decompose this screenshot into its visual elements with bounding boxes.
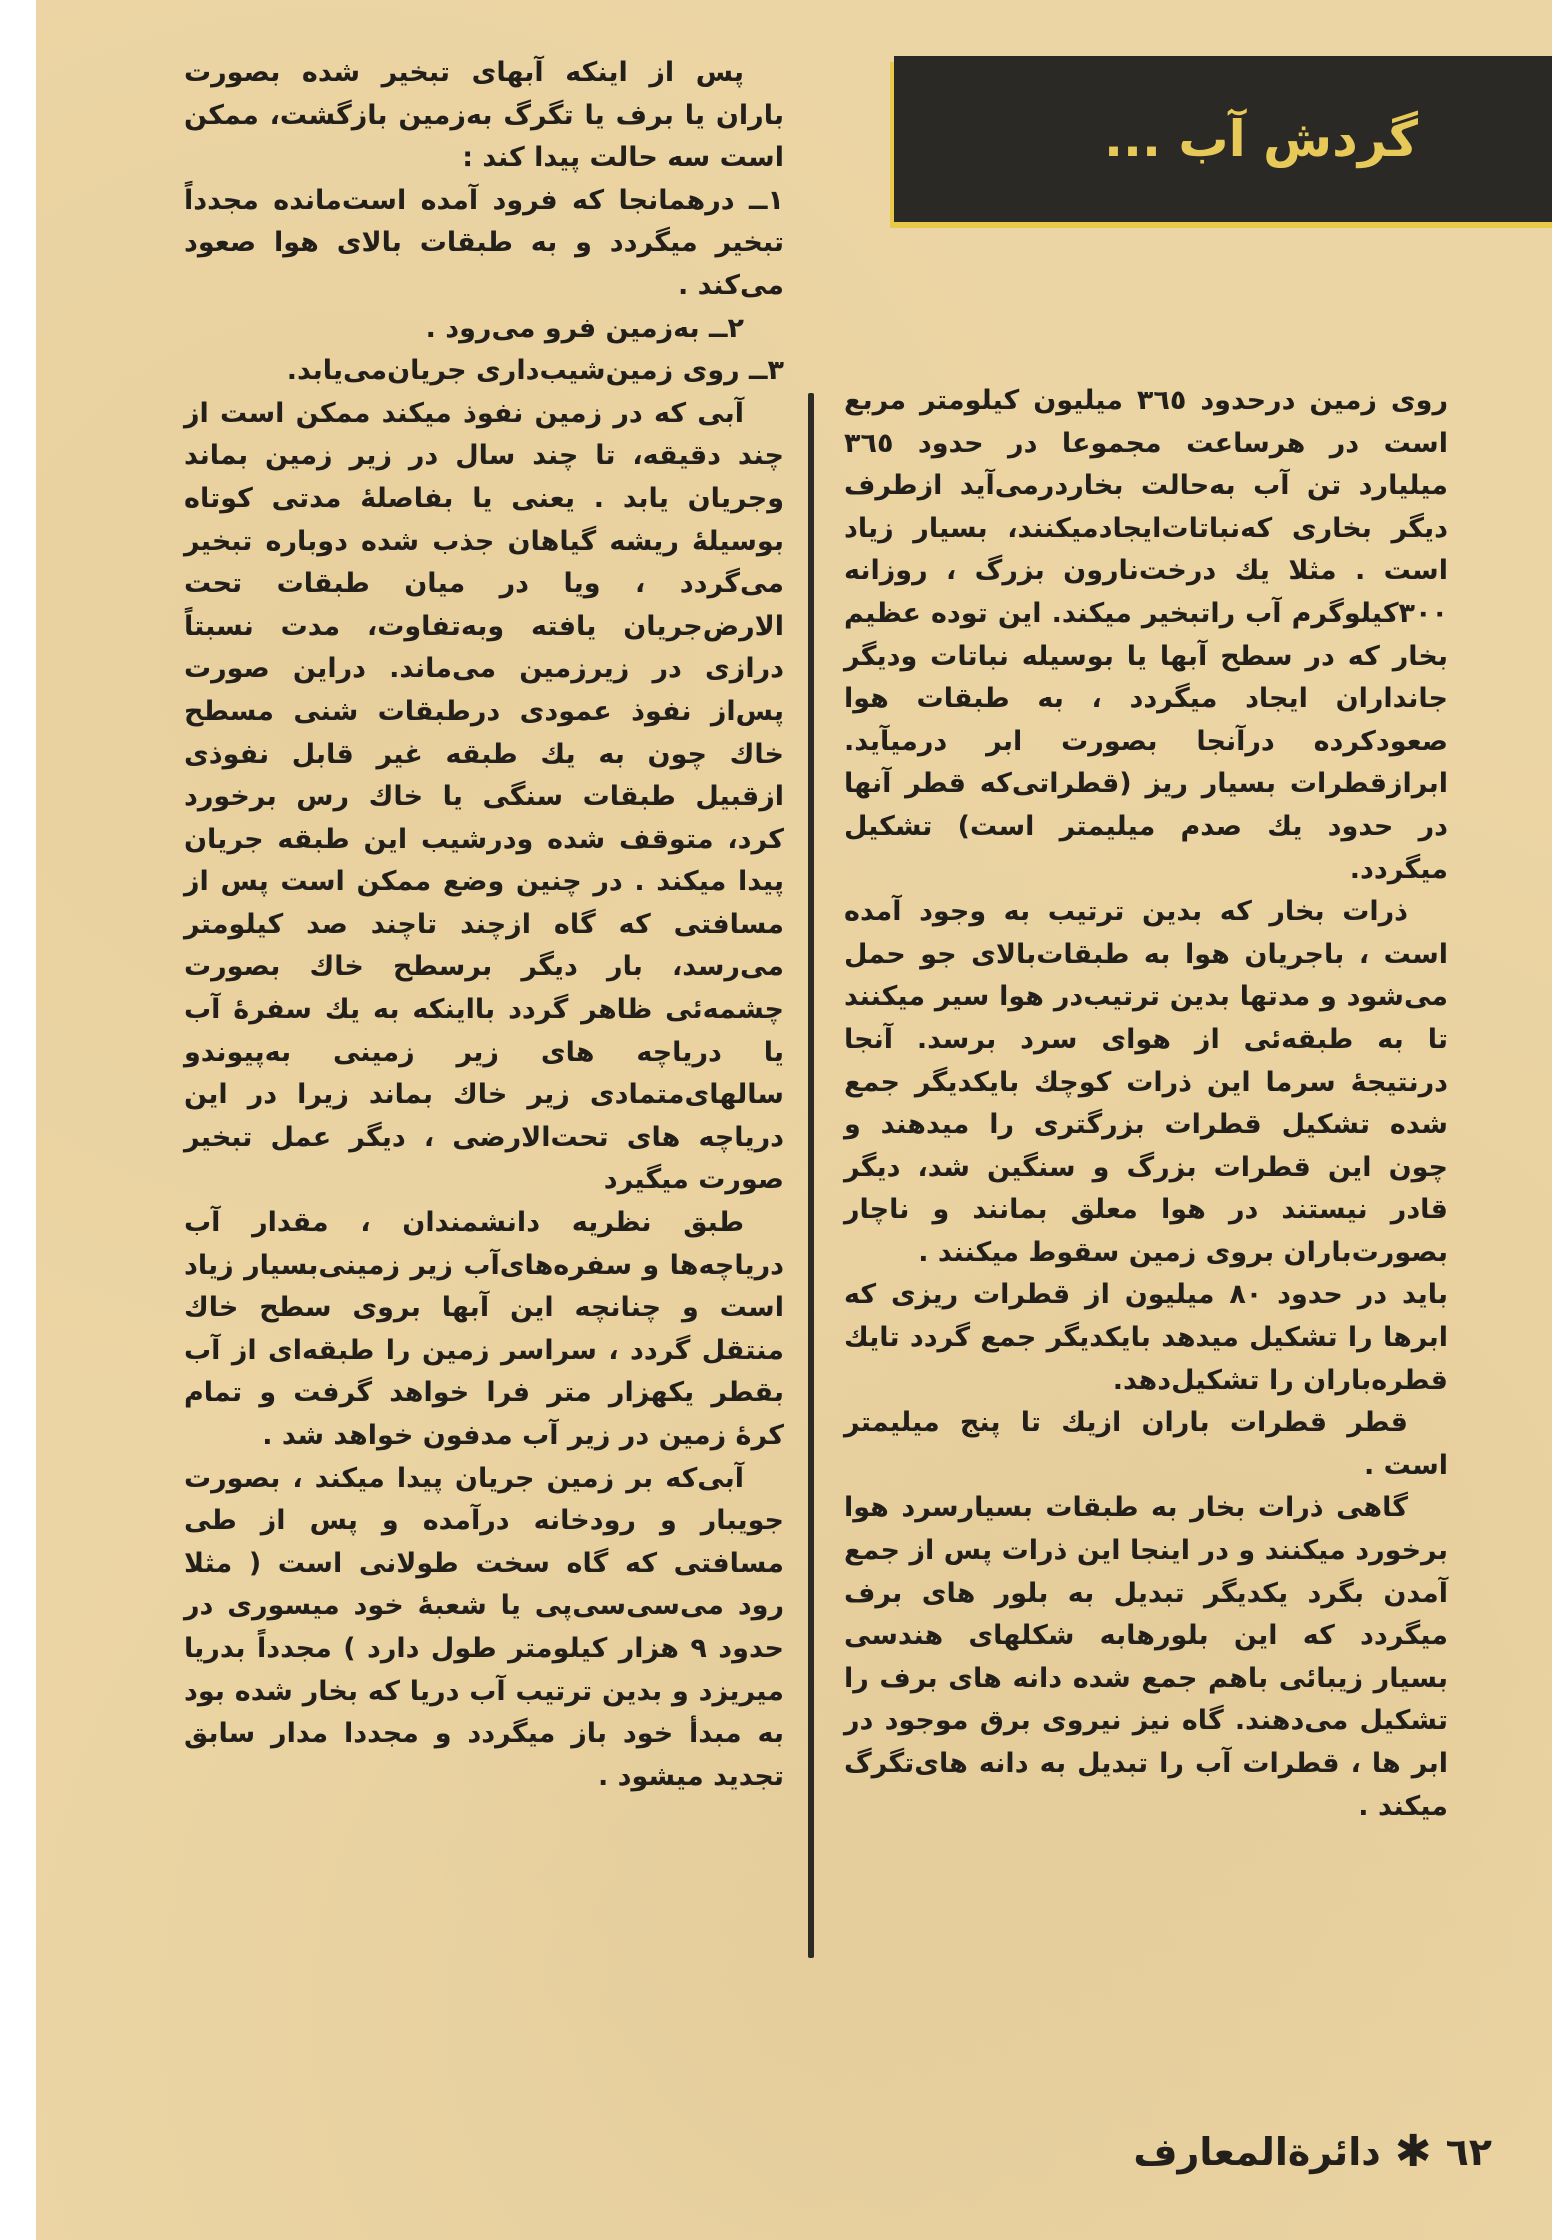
- article-title: گردش آب ...: [1104, 114, 1418, 164]
- list-item-2: ۲ــ به‌زمین فرو می‌رود .: [184, 308, 784, 351]
- title-banner: گردش آب ...: [894, 56, 1552, 222]
- list-item-3: ۳ــ روی زمین‌شیب‌داری جریان‌می‌یابد.: [184, 350, 784, 393]
- scientists-theory-paragraph: طبق نظریه دانشمندان ، مقدار آب دریاچه‌ها…: [184, 1202, 784, 1458]
- raindrop-formation-paragraph: باید در حدود ۸۰ میلیون از قطرات ریزی که …: [844, 1274, 1448, 1402]
- page-number: ٦٢: [1446, 2130, 1492, 2174]
- intro-paragraph: پس از اینکه آبهای تبخیر شده بصورت باران …: [184, 52, 784, 180]
- evaporation-paragraph: روی زمین درحدود ۳٦٥ میلیون کیلومتر مربع …: [844, 380, 1448, 891]
- right-text-column: روی زمین درحدود ۳٦٥ میلیون کیلومتر مربع …: [844, 380, 1448, 1828]
- raindrop-diameter-paragraph: قطر قطرات باران ازیك تا پنج میلیمتر است …: [844, 1402, 1448, 1487]
- surface-runoff-paragraph: آبی‌که بر زمین جریان پیدا میکند ، بصورت …: [184, 1458, 784, 1799]
- column-divider: [808, 393, 814, 1958]
- list-item-1: ۱ــ درهمانجا که فرود آمده است‌مانده مجدد…: [184, 180, 784, 308]
- page-footer: ٦٢ ✱ دائرةالمعارف: [1133, 2130, 1492, 2174]
- left-text-column: پس از اینکه آبهای تبخیر شده بصورت باران …: [184, 52, 784, 1798]
- vapor-particles-paragraph: ذرات بخار که بدین ترتیب به وجود آمده است…: [844, 891, 1448, 1274]
- groundwater-paragraph: آبی که در زمین نفوذ میکند ممکن است از چن…: [184, 393, 784, 1202]
- magazine-page: گردش آب ... پس از اینکه آبهای تبخیر شده …: [36, 0, 1552, 2240]
- publication-name: دائرةالمعارف: [1133, 2130, 1380, 2174]
- asterisk-icon: ✱: [1395, 2130, 1432, 2174]
- snow-hail-paragraph: گاهی ذرات بخار به طبقات بسیارسرد هوا برخ…: [844, 1487, 1448, 1828]
